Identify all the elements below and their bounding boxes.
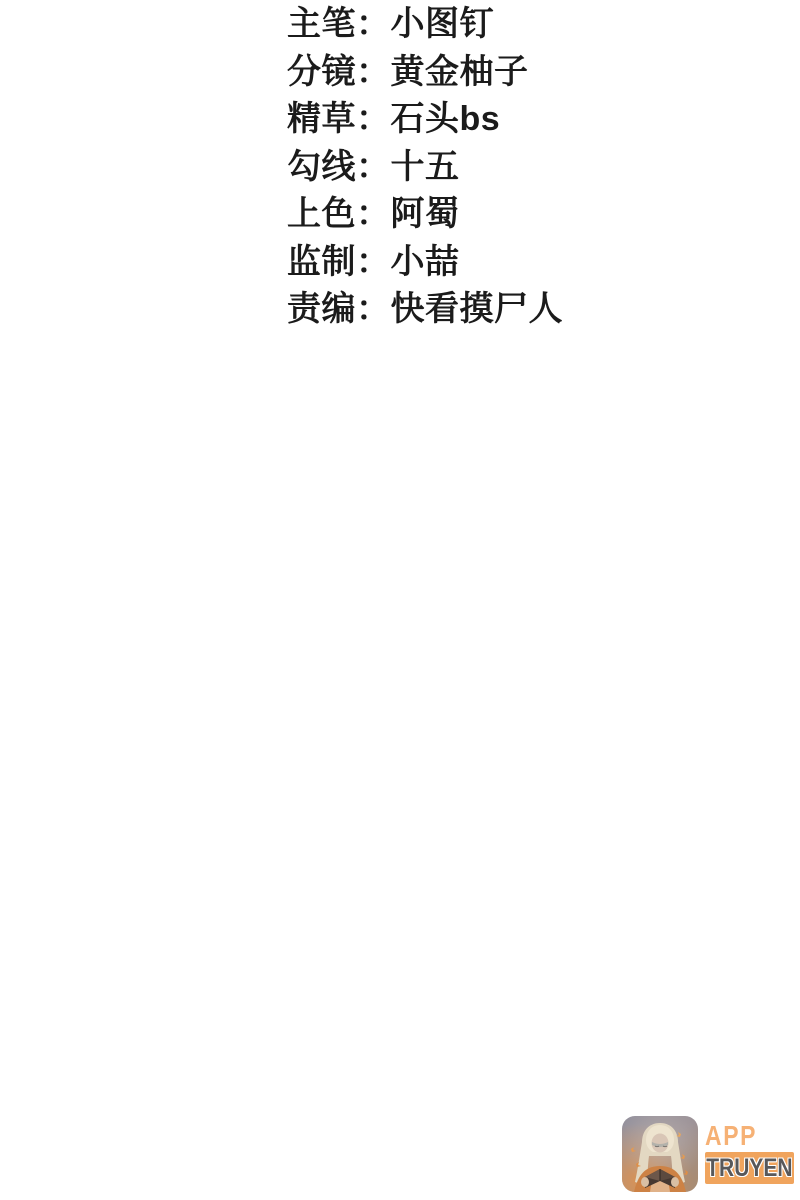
credits-block: 主笔：小图钉 分镜：黄金柚子 精草：石头bs 勾线：十五 上色：阿蜀 监制：小喆…	[287, 0, 563, 330]
credit-line-storyboard: 分镜：黄金柚子	[287, 45, 563, 93]
credit-line-editor: 责编：快看摸尸人	[287, 282, 563, 330]
watermark-text: APP TRUYEN	[705, 1123, 794, 1184]
credit-line-coloring: 上色：阿蜀	[287, 187, 563, 235]
credit-line-main-artist: 主笔：小图钉	[287, 0, 563, 45]
credit-line-supervisor: 监制：小喆	[287, 235, 563, 283]
reading-character-app-icon	[622, 1116, 698, 1192]
reading-character-illustration	[622, 1116, 698, 1192]
credit-line-line-art: 勾线：十五	[287, 140, 563, 188]
brand-badge-label: TRUYEN	[706, 1154, 792, 1183]
credit-line-rough-draft: 精草：石头bs	[287, 92, 563, 140]
app-label: APP	[705, 1123, 757, 1149]
watermark-logo: APP TRUYEN	[622, 1116, 794, 1192]
brand-badge: TRUYEN	[705, 1152, 794, 1184]
